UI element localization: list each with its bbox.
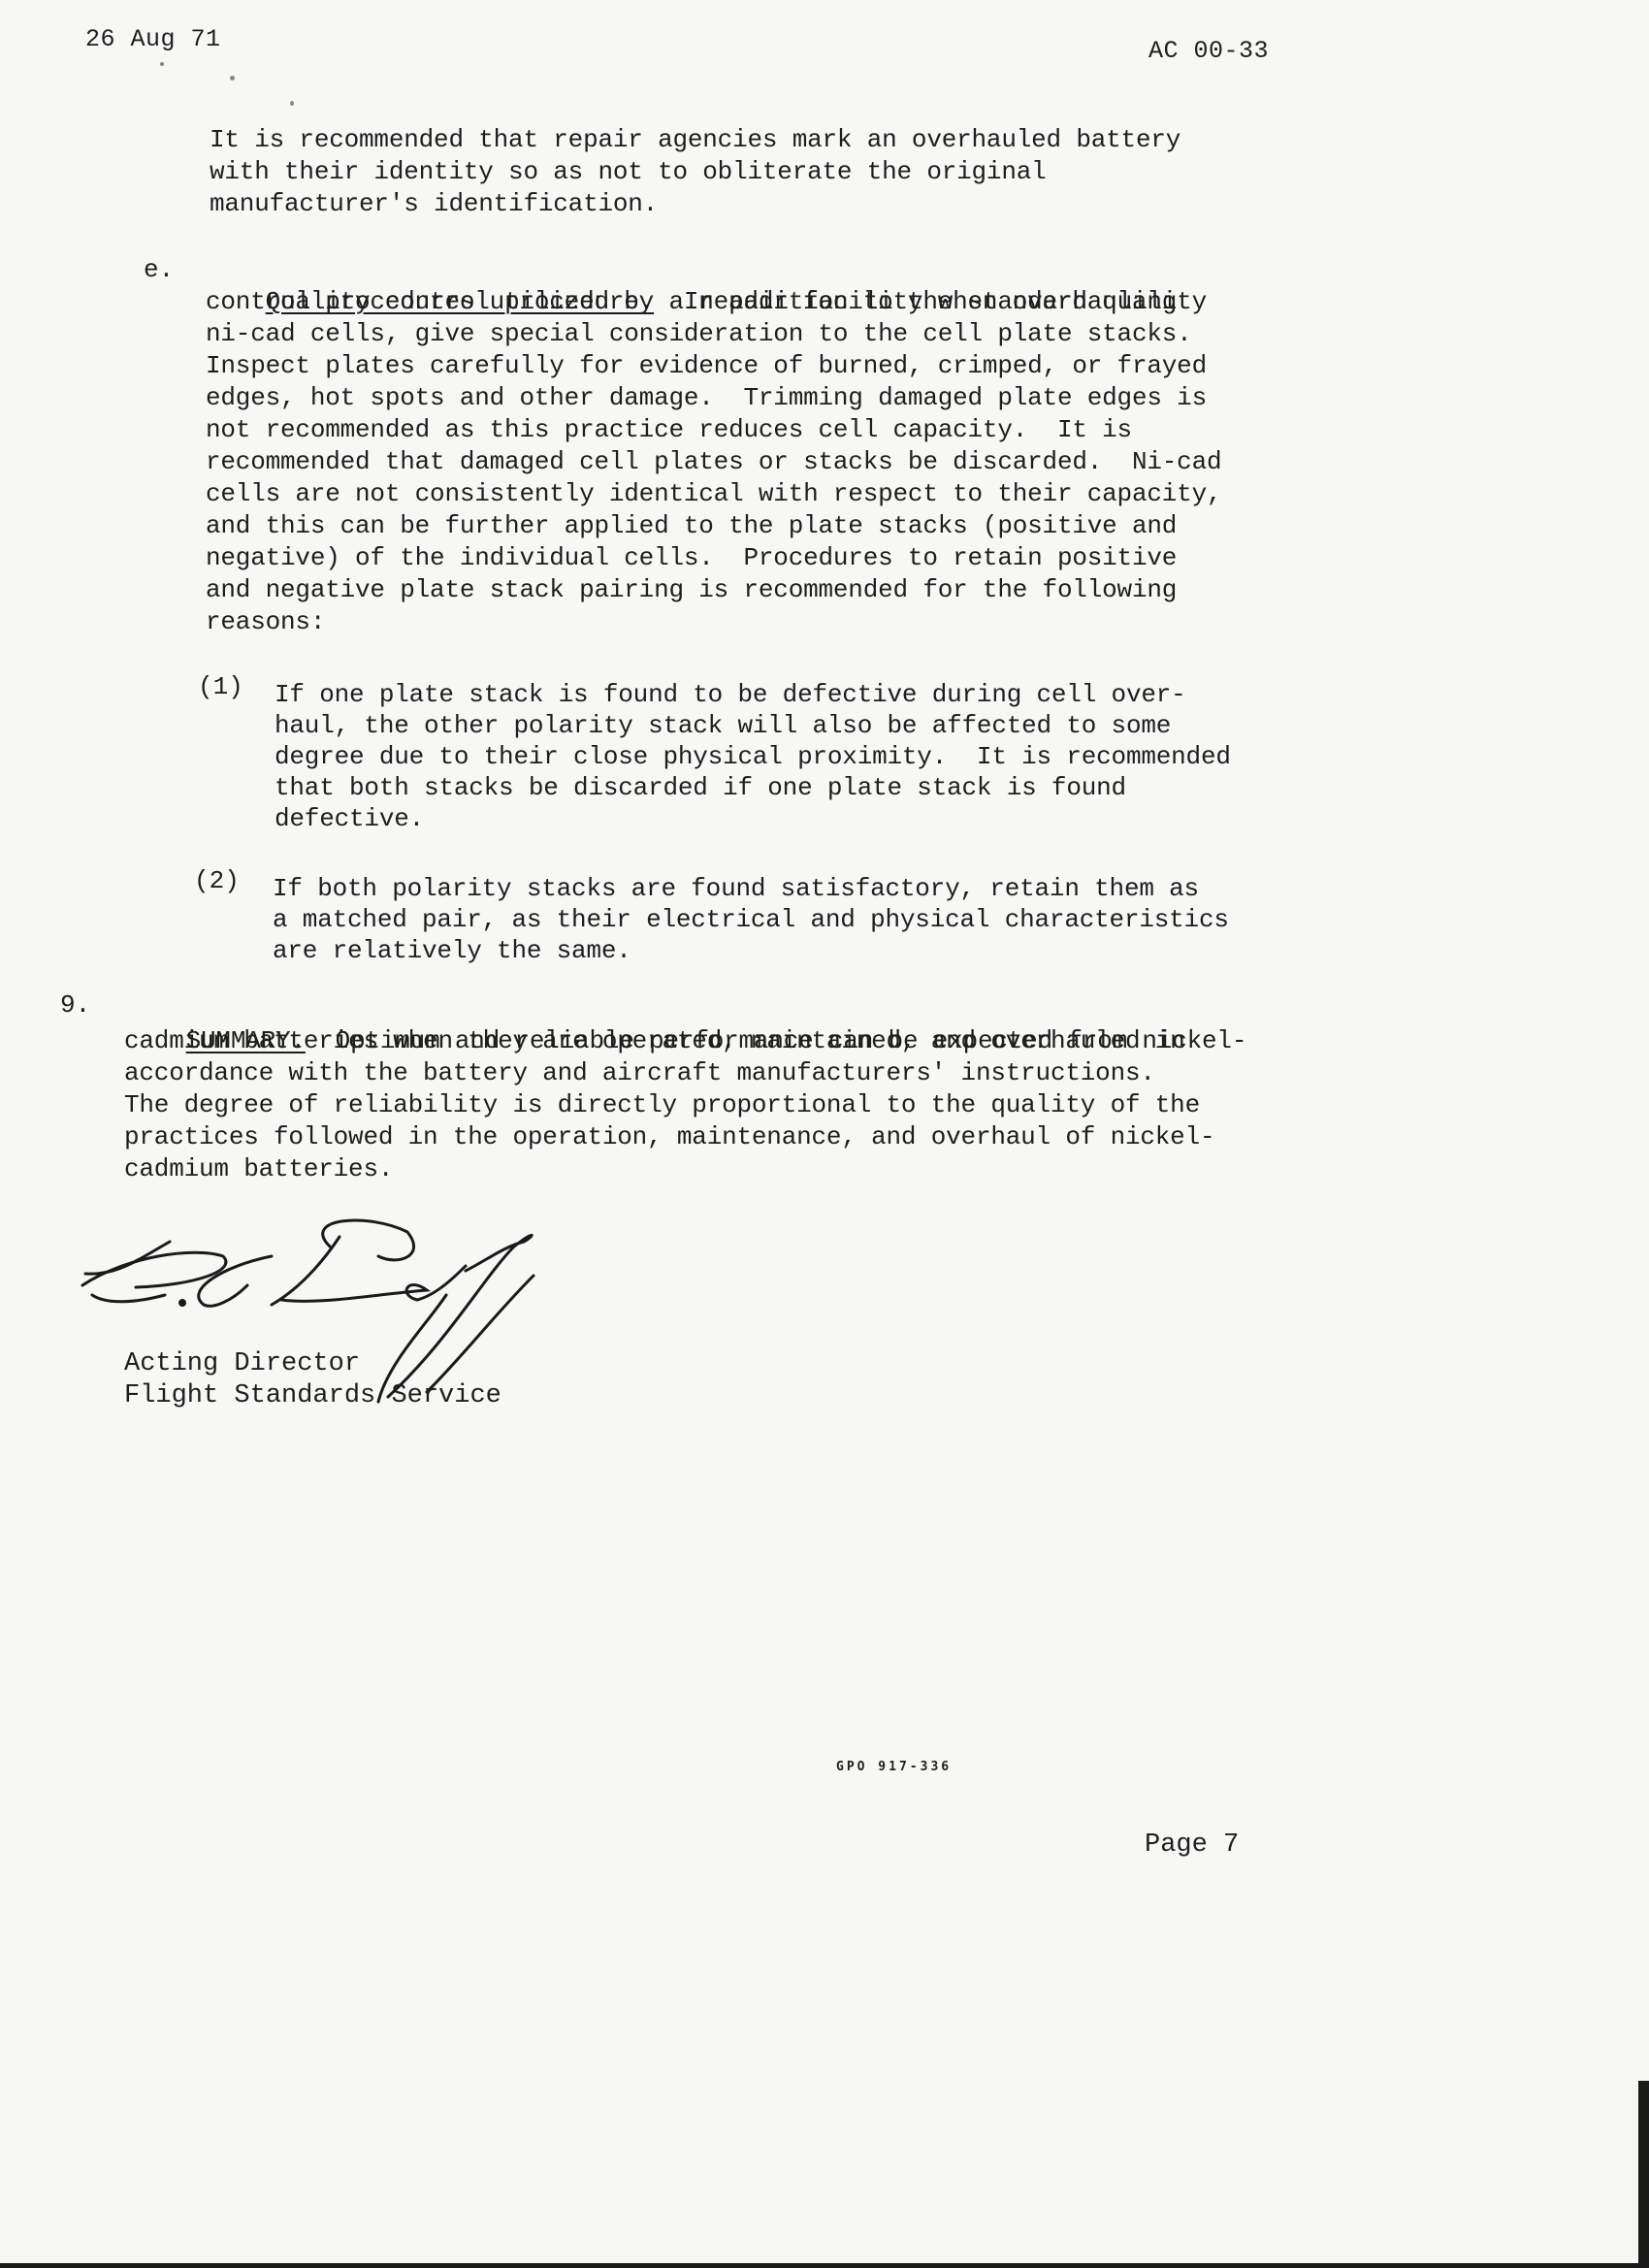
scan-speck	[290, 101, 294, 106]
text-line: defective.	[275, 803, 1231, 834]
page-number: Page 7	[1145, 1831, 1239, 1860]
document-page: 26 Aug 71 AC 00-33 It is recommended tha…	[0, 0, 1649, 2268]
signatory-title-line: Flight Standards Service	[124, 1380, 501, 1412]
text-line: It is recommended that repair agencies m…	[210, 124, 1180, 156]
text-line: not recommended as this practice reduces…	[206, 414, 1221, 446]
text-line: If one plate stack is found to be defect…	[275, 679, 1231, 710]
text-line: edges, hot spots and other damage. Trimm…	[206, 382, 1221, 414]
text-line: cells are not consistently identical wit…	[206, 478, 1221, 510]
text-line: cadmium batteries.	[124, 1153, 1214, 1185]
text-line: and this can be further applied to the p…	[206, 510, 1221, 542]
section-e-marker: e.	[144, 254, 174, 286]
text-line: Inspect plates carefully for evidence of…	[206, 350, 1221, 382]
text-line: manufacturer's identification.	[210, 188, 1180, 220]
text-line: recommended that damaged cell plates or …	[206, 446, 1221, 478]
scan-speck	[160, 62, 164, 66]
signatory-title-line: Acting Director	[124, 1348, 501, 1380]
document-number: AC 00-33	[1148, 37, 1269, 65]
text-line: If both polarity stacks are found satisf…	[273, 873, 1229, 904]
text-line: cadmium batteries when they are operated…	[124, 1025, 1214, 1057]
text-line: The degree of reliability is directly pr…	[124, 1089, 1214, 1121]
text-line: are relatively the same.	[273, 935, 1229, 966]
subitem-2-text: If both polarity stacks are found satisf…	[273, 873, 1229, 966]
text-line: and negative plate stack pairing is reco…	[206, 574, 1221, 606]
subitem-2-marker: (2)	[194, 865, 240, 897]
scan-edge-bottom	[0, 2263, 1649, 2268]
text-line: a matched pair, as their electrical and …	[273, 904, 1229, 935]
text-line: ni-cad cells, give special consideration…	[206, 318, 1221, 350]
text-line: control procedures utilized by a repair …	[206, 286, 1221, 318]
intro-paragraph: It is recommended that repair agencies m…	[210, 124, 1180, 220]
scan-speck	[230, 76, 235, 81]
text-line: degree due to their close physical proxi…	[275, 741, 1231, 772]
text-line: negative) of the individual cells. Proce…	[206, 542, 1221, 574]
section-e-body: control procedures utilized by a repair …	[206, 286, 1221, 638]
signatory-title: Acting DirectorFlight Standards Service	[124, 1348, 501, 1412]
text-line: with their identity so as not to obliter…	[210, 156, 1180, 188]
scan-edge-right	[1638, 2081, 1649, 2268]
document-date: 26 Aug 71	[85, 25, 221, 53]
section-9-marker: 9.	[60, 989, 90, 1021]
text-line: haul, the other polarity stack will also…	[275, 710, 1231, 741]
text-line: that both stacks be discarded if one pla…	[275, 772, 1231, 803]
text-line: reasons:	[206, 606, 1221, 638]
section-9-body: cadmium batteries when they are operated…	[124, 1025, 1214, 1185]
subitem-1-marker: (1)	[198, 671, 243, 703]
print-code: GPO 917-336	[836, 1760, 952, 1774]
text-line: accordance with the battery and aircraft…	[124, 1057, 1214, 1089]
text-line: practices followed in the operation, mai…	[124, 1121, 1214, 1153]
subitem-1-text: If one plate stack is found to be defect…	[275, 679, 1231, 834]
